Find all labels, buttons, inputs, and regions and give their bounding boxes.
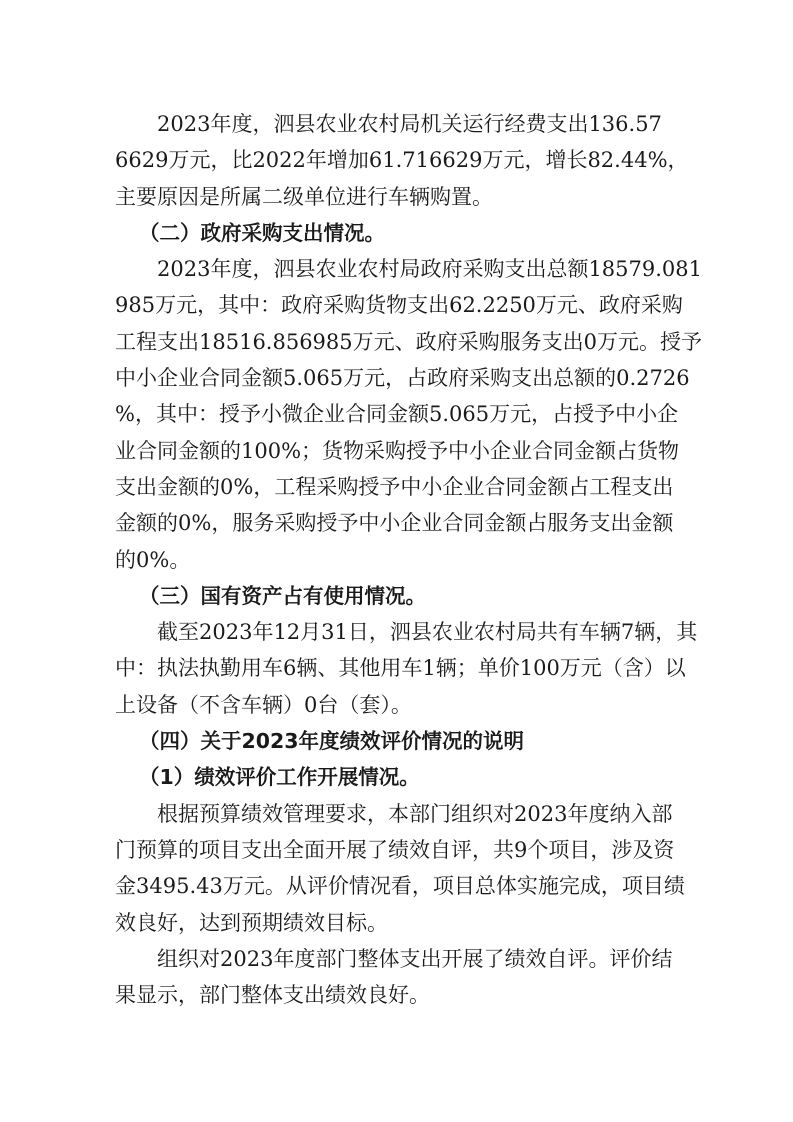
text-line: 门预算的项目支出全面开展了绩效自评，共9个项目，涉及资 <box>115 832 682 868</box>
text-line: 上设备（不含车辆）0台（套）。 <box>115 687 682 723</box>
text-line: 截至2023年12月31日，泗县农业农村局共有车辆7辆，其 <box>115 614 682 650</box>
text-line: 业合同金额的100%；货物采购授予中小企业合同金额占货物 <box>115 433 682 469</box>
subsection-heading: （1）绩效评价工作开展情况。 <box>115 759 682 795</box>
text-line: 主要原因是所属二级单位进行车辆购置。 <box>115 179 682 215</box>
section-heading: （三）国有资产占有使用情况。 <box>115 578 682 614</box>
paragraph-project-evaluation: 根据预算绩效管理要求，本部门组织对2023年度纳入部 门预算的项目支出全面开展了… <box>115 796 682 941</box>
text-line: 985万元，其中：政府采购货物支出62.2250万元、政府采购 <box>115 287 682 323</box>
text-line: 中：执法执勤用车6辆、其他用车1辆；单价100万元（含）以 <box>115 650 682 686</box>
text-line: 组织对2023年度部门整体支出开展了绩效自评。评价结 <box>115 941 682 977</box>
heading-performance-evaluation: （四）关于2023年度绩效评价情况的说明 <box>115 723 682 759</box>
text-line: 果显示，部门整体支出绩效良好。 <box>115 977 682 1013</box>
text-line: 金3495.43万元。从评价情况看，项目总体实施完成，项目绩 <box>115 868 682 904</box>
heading-state-assets: （三）国有资产占有使用情况。 <box>115 578 682 614</box>
text-line: 中小企业合同金额5.065万元，占政府采购支出总额的0.2726 <box>115 360 682 396</box>
text-line: %，其中：授予小微企业合同金额5.065万元，占授予中小企 <box>115 396 682 432</box>
text-line: 2023年度，泗县农业农村局机关运行经费支出136.57 <box>115 106 682 142</box>
section-heading: （四）关于2023年度绩效评价情况的说明 <box>115 723 682 759</box>
text-line: 2023年度，泗县农业农村局政府采购支出总额18579.081 <box>115 251 682 287</box>
text-line: 支出金额的0%，工程采购授予中小企业合同金额占工程支出 <box>115 469 682 505</box>
text-line: 根据预算绩效管理要求，本部门组织对2023年度纳入部 <box>115 796 682 832</box>
subheading-evaluation-work: （1）绩效评价工作开展情况。 <box>115 759 682 795</box>
text-line: 的0%。 <box>115 542 682 578</box>
text-line: 金额的0%，服务采购授予中小企业合同金额占服务支出金额 <box>115 505 682 541</box>
paragraph-assets: 截至2023年12月31日，泗县农业农村局共有车辆7辆，其 中：执法执勤用车6辆… <box>115 614 682 723</box>
document-page: 2023年度，泗县农业农村局机关运行经费支出136.57 6629万元，比202… <box>115 106 682 1013</box>
text-line: 工程支出18516.856985万元、政府采购服务支出0万元。授予 <box>115 324 682 360</box>
heading-government-procurement: （二）政府采购支出情况。 <box>115 215 682 251</box>
section-heading: （二）政府采购支出情况。 <box>115 215 682 251</box>
paragraph-operating-expenses: 2023年度，泗县农业农村局机关运行经费支出136.57 6629万元，比202… <box>115 106 682 215</box>
text-line: 6629万元，比2022年增加61.716629万元，增长82.44%， <box>115 142 682 178</box>
text-line: 效良好，达到预期绩效目标。 <box>115 905 682 941</box>
paragraph-procurement: 2023年度，泗县农业农村局政府采购支出总额18579.081 985万元，其中… <box>115 251 682 578</box>
paragraph-overall-evaluation: 组织对2023年度部门整体支出开展了绩效自评。评价结 果显示，部门整体支出绩效良… <box>115 941 682 1014</box>
